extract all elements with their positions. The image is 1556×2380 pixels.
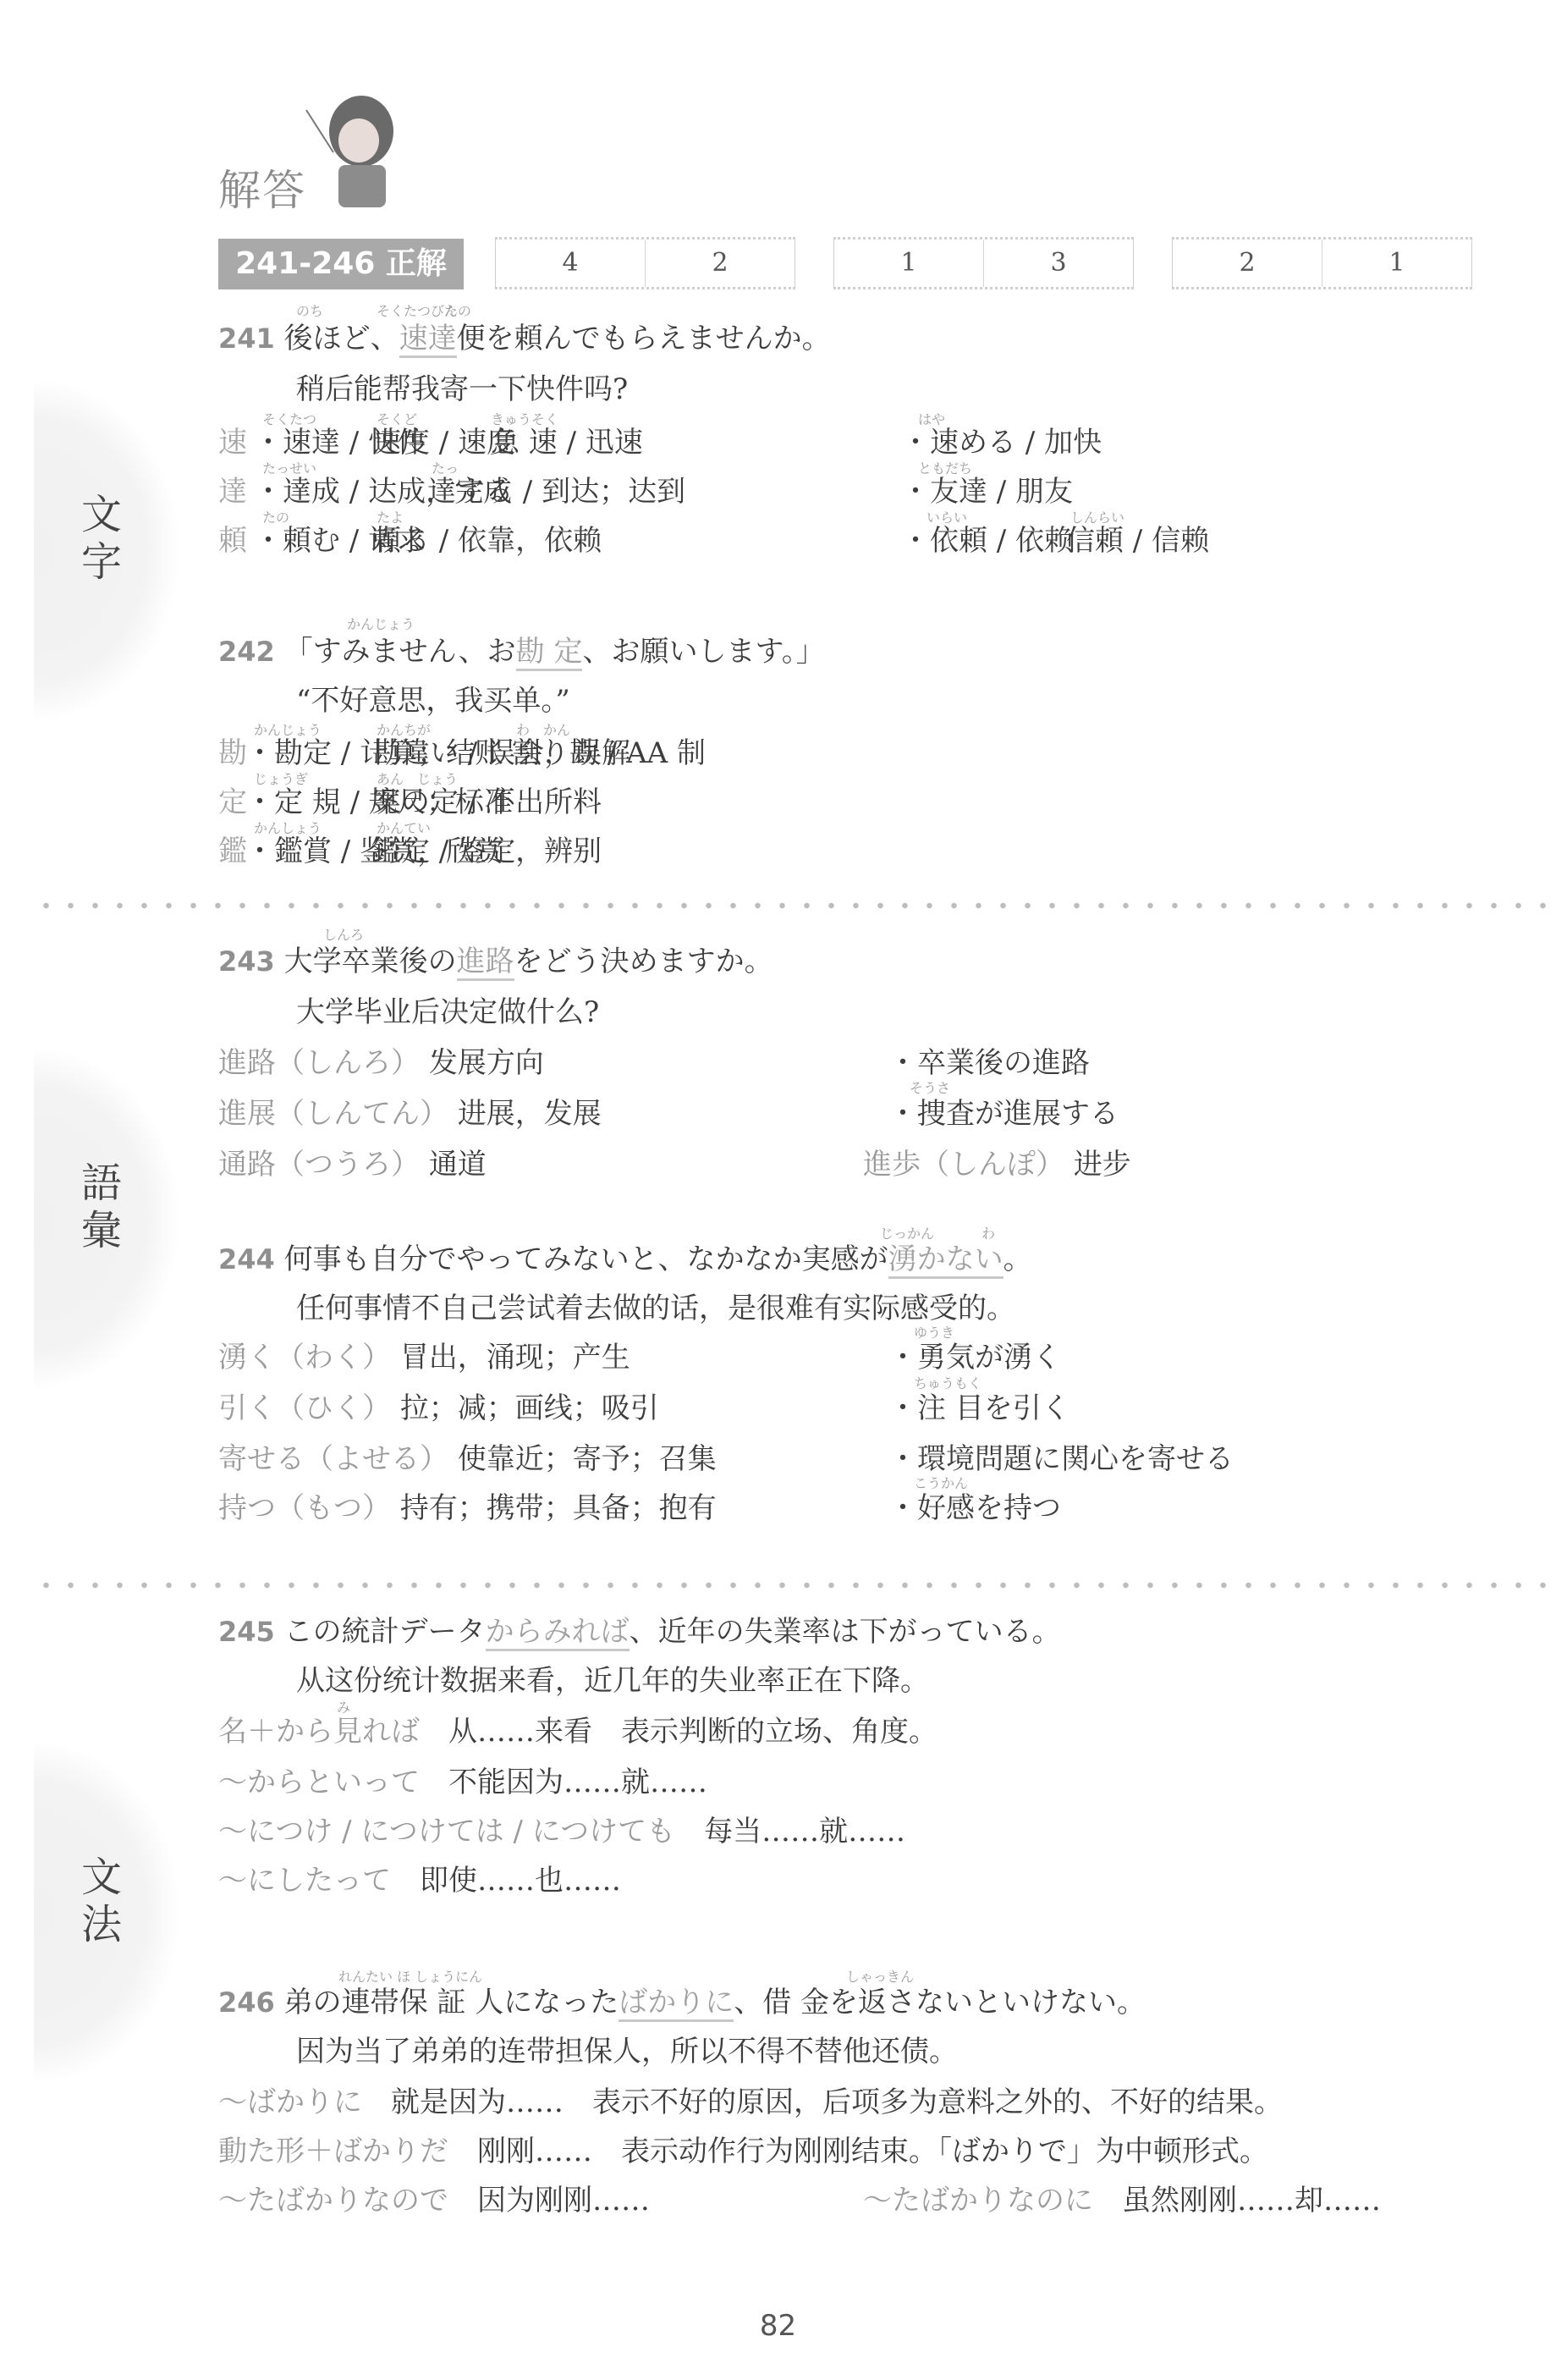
vocab-entry: 寄せる（よせる） 使靠近；寄予；召集	[218, 1435, 717, 1477]
answer-246: 1	[1322, 240, 1471, 287]
side-tab-bunpou: 文法	[34, 1744, 178, 2082]
grammar-entry: ～ばかりに 就是因为…… 表示不好的原因，后项多为意料之外的、不好的结果。	[218, 2079, 1283, 2120]
target-word: ばかりに	[619, 1986, 734, 2022]
vocab-entry: 持つ（もつ） 持有；携带；具备；抱有	[218, 1485, 717, 1526]
answer-group-2: 1 3	[833, 237, 1134, 289]
grammar-entry: 名＋から見れば 从……来看 表示判断的立场、角度。	[218, 1708, 937, 1749]
answer-label: 241-246 正解	[218, 239, 464, 289]
grammar-entry: ～たばかりなのに 虽然刚刚……却……	[863, 2177, 1381, 2218]
translation: 稍后能帮我寄一下快件吗?	[296, 366, 628, 407]
side-tab-goi: 語彙	[34, 1050, 178, 1388]
target-word: 速達	[399, 322, 457, 358]
grammar-entry: 動た形＋ばかりだ 刚刚…… 表示动作行为刚刚结束。「ばかりで」为中顿形式。	[218, 2128, 1268, 2169]
vocab-entry: 進展（しんてん） 进展，发展	[218, 1090, 602, 1132]
answer-group-1: 4 2	[495, 237, 795, 289]
grammar-entry: ～たばかりなので 因为刚刚……	[218, 2177, 650, 2218]
answer-241: 4	[496, 240, 645, 287]
target-word: 勘 定	[516, 635, 583, 671]
answer-245: 2	[1173, 240, 1322, 287]
answer-244: 3	[983, 240, 1133, 287]
question-number: 241	[218, 322, 275, 355]
vocab-entry: 湧く（わく） 冒出，涌现；产生	[218, 1334, 630, 1375]
page-number: 82	[0, 2309, 1556, 2343]
target-word: からみれば	[486, 1615, 630, 1651]
grammar-entry: ～にしたって 即使……也……	[218, 1857, 621, 1898]
answer-243: 1	[834, 240, 983, 287]
target-word: 進路	[457, 945, 514, 981]
grammar-entry: ～につけ / につけては / につけても 每当……就……	[218, 1808, 905, 1849]
translation: 大学毕业后决定做什么?	[296, 989, 599, 1030]
target-word: 湧かない	[888, 1242, 1003, 1279]
vocab-entry: 通路（つうろ） 通道	[218, 1141, 487, 1182]
teacher-mascot-icon	[298, 85, 408, 212]
grammar-entry: ～からといって 不能因为……就……	[218, 1759, 707, 1800]
section-divider	[34, 901, 1556, 910]
translation: “不好意思，我买单。”	[296, 677, 570, 719]
section-title: 解答	[218, 157, 306, 218]
translation: 因为当了弟弟的连带担保人，所以不得不替他还债。	[296, 2028, 958, 2069]
section-divider	[34, 1581, 1556, 1589]
side-tab-moji: 文字	[34, 381, 178, 719]
translation: 从这份统计数据来看，近几年的失业率正在下降。	[296, 1657, 929, 1699]
translation: 任何事情不自己尝试着去做的话，是很难有实际感受的。	[296, 1285, 1015, 1326]
vocab-entry: 進路（しんろ） 发展方向	[218, 1039, 544, 1081]
answer-group-3: 2 1	[1172, 237, 1472, 289]
vocab-entry: 引く（ひく） 拉；减；画线；吸引	[218, 1385, 659, 1426]
answer-242: 2	[645, 240, 794, 287]
